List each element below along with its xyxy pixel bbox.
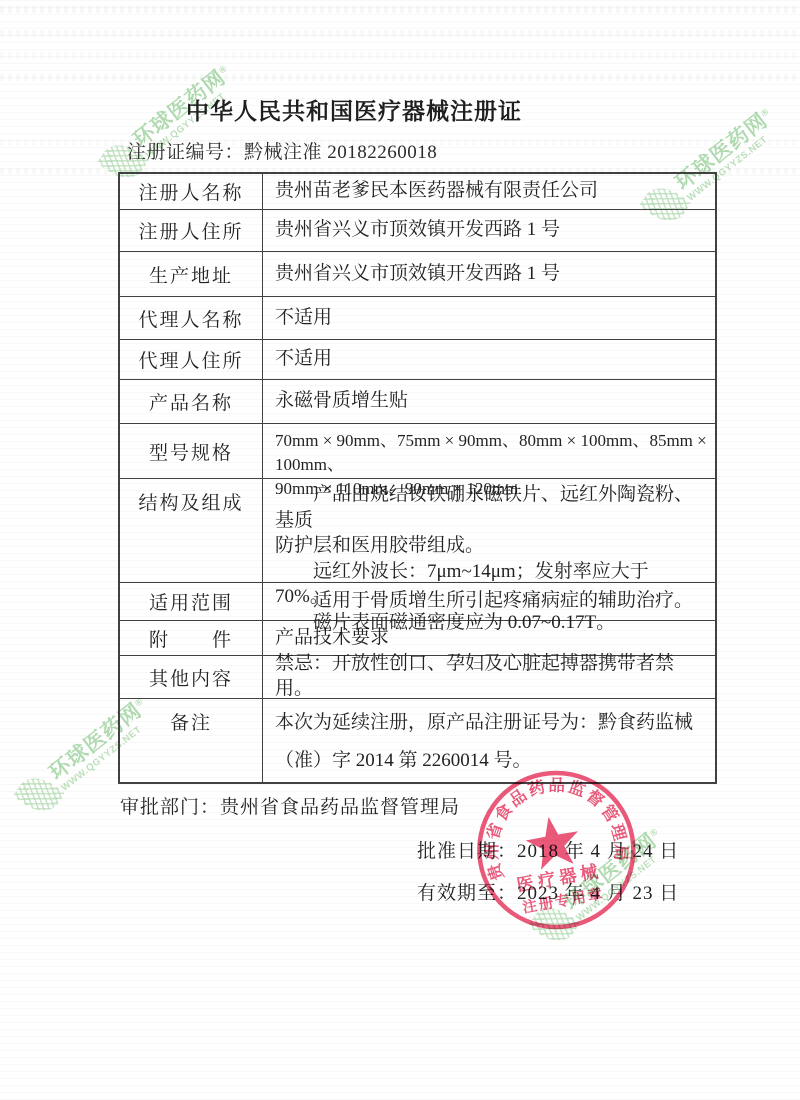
row-label: 其他内容: [120, 656, 263, 698]
row-label: 注册人住所: [120, 210, 263, 251]
row-value: 70mm × 90mm、75mm × 90mm、80mm × 100mm、85m…: [263, 424, 715, 478]
registration-table: 注册人名称 贵州苗老爹民本医药器械有限责任公司 注册人住所 贵州省兴义市顶效镇开…: [118, 172, 717, 784]
registered-mark-icon: ®: [217, 62, 229, 75]
row-value: 产品由烧结钕铁硼永磁铁片、远红外陶瓷粉、基质 防护层和医用胶带组成。 远红外波长…: [263, 479, 715, 582]
table-row-scope-of-application: 适用范围 适用于骨质增生所引起疼痛病症的辅助治疗。: [120, 583, 715, 621]
row-label: 适用范围: [120, 583, 263, 620]
scan-noise-band: [0, 30, 800, 37]
row-value: 贵州省兴义市顶效镇开发西路 1 号: [263, 252, 715, 296]
row-label: 注册人名称: [120, 174, 263, 209]
row-value: 不适用: [263, 340, 715, 379]
approval-department-label: 审批部门：: [120, 797, 220, 818]
row-value: 适用于骨质增生所引起疼痛病症的辅助治疗。: [263, 583, 715, 620]
scan-noise-band: [0, 74, 800, 81]
valid-until-label: 有效期至：: [417, 883, 517, 904]
registered-mark-icon: ®: [759, 105, 771, 118]
row-label: 代理人名称: [120, 297, 263, 339]
approval-department-line: 审批部门：贵州省食品药品监督管理局: [120, 792, 460, 819]
row-label: 结构及组成: [120, 479, 263, 582]
row-value: 禁忌：开放性创口、孕妇及心脏起搏器携带者禁用。: [263, 656, 715, 698]
approval-date-line: 批准日期：2018 年 4 月 24 日: [417, 836, 679, 863]
row-label: 型号规格: [120, 424, 263, 478]
table-row-product-name: 产品名称 永磁骨质增生贴: [120, 380, 715, 424]
certificate-number-line: 注册证编号：黔械注准 20182260018: [127, 137, 437, 164]
row-value: 贵州省兴义市顶效镇开发西路 1 号: [263, 210, 715, 251]
table-row-production-address: 生产地址 贵州省兴义市顶效镇开发西路 1 号: [120, 252, 715, 297]
table-row-structure-composition: 结构及组成 产品由烧结钕铁硼永磁铁片、远红外陶瓷粉、基质 防护层和医用胶带组成。…: [120, 479, 715, 583]
row-value: 产品技术要求: [263, 621, 715, 655]
valid-until-line: 有效期至：2023 年 4 月 23 日: [417, 878, 679, 905]
row-label: 产品名称: [120, 380, 263, 423]
table-row-registrant-name: 注册人名称 贵州苗老爹民本医药器械有限责任公司: [120, 174, 715, 210]
page-title: 中华人民共和国医疗器械注册证: [0, 93, 708, 126]
row-value: 本次为延续注册，原产品注册证号为：黔食药监械 （准）字 2014 第 22600…: [263, 699, 715, 782]
row-value: 永磁骨质增生贴: [263, 380, 715, 423]
row-label: 附 件: [120, 621, 263, 655]
scan-noise-band: [0, 6, 800, 13]
globe-leaf-icon: [528, 899, 581, 949]
table-row-agent-name: 代理人名称 不适用: [120, 297, 715, 340]
certificate-number-label: 注册证编号：: [127, 142, 244, 163]
table-row-registrant-address: 注册人住所 贵州省兴义市顶效镇开发西路 1 号: [120, 210, 715, 252]
scan-noise-band: [0, 52, 800, 59]
globe-leaf-icon: [13, 769, 66, 819]
row-label: 生产地址: [120, 252, 263, 296]
table-row-attachment: 附 件 产品技术要求: [120, 621, 715, 656]
approval-department-value: 贵州省食品药品监督管理局: [220, 797, 460, 818]
approval-date-label: 批准日期：: [417, 841, 517, 862]
valid-until-value: 2023 年 4 月 23 日: [517, 883, 679, 904]
row-label: 代理人住所: [120, 340, 263, 379]
row-value: 不适用: [263, 297, 715, 339]
row-label: 备注: [120, 699, 263, 782]
table-row-other-content: 其他内容 禁忌：开放性创口、孕妇及心脏起搏器携带者禁用。: [120, 656, 715, 699]
table-row-remarks: 备注 本次为延续注册，原产品注册证号为：黔食药监械 （准）字 2014 第 22…: [120, 699, 715, 782]
certificate-page: { "page": { "title": "中华人民共和国医疗器械注册证", "…: [0, 0, 800, 1100]
approval-date-value: 2018 年 4 月 24 日: [517, 841, 679, 862]
table-row-model-spec: 型号规格 70mm × 90mm、75mm × 90mm、80mm × 100m…: [120, 424, 715, 479]
table-row-agent-address: 代理人住所 不适用: [120, 340, 715, 380]
row-value: 贵州苗老爹民本医药器械有限责任公司: [263, 174, 715, 209]
certificate-number-value: 黔械注准 20182260018: [244, 142, 437, 163]
